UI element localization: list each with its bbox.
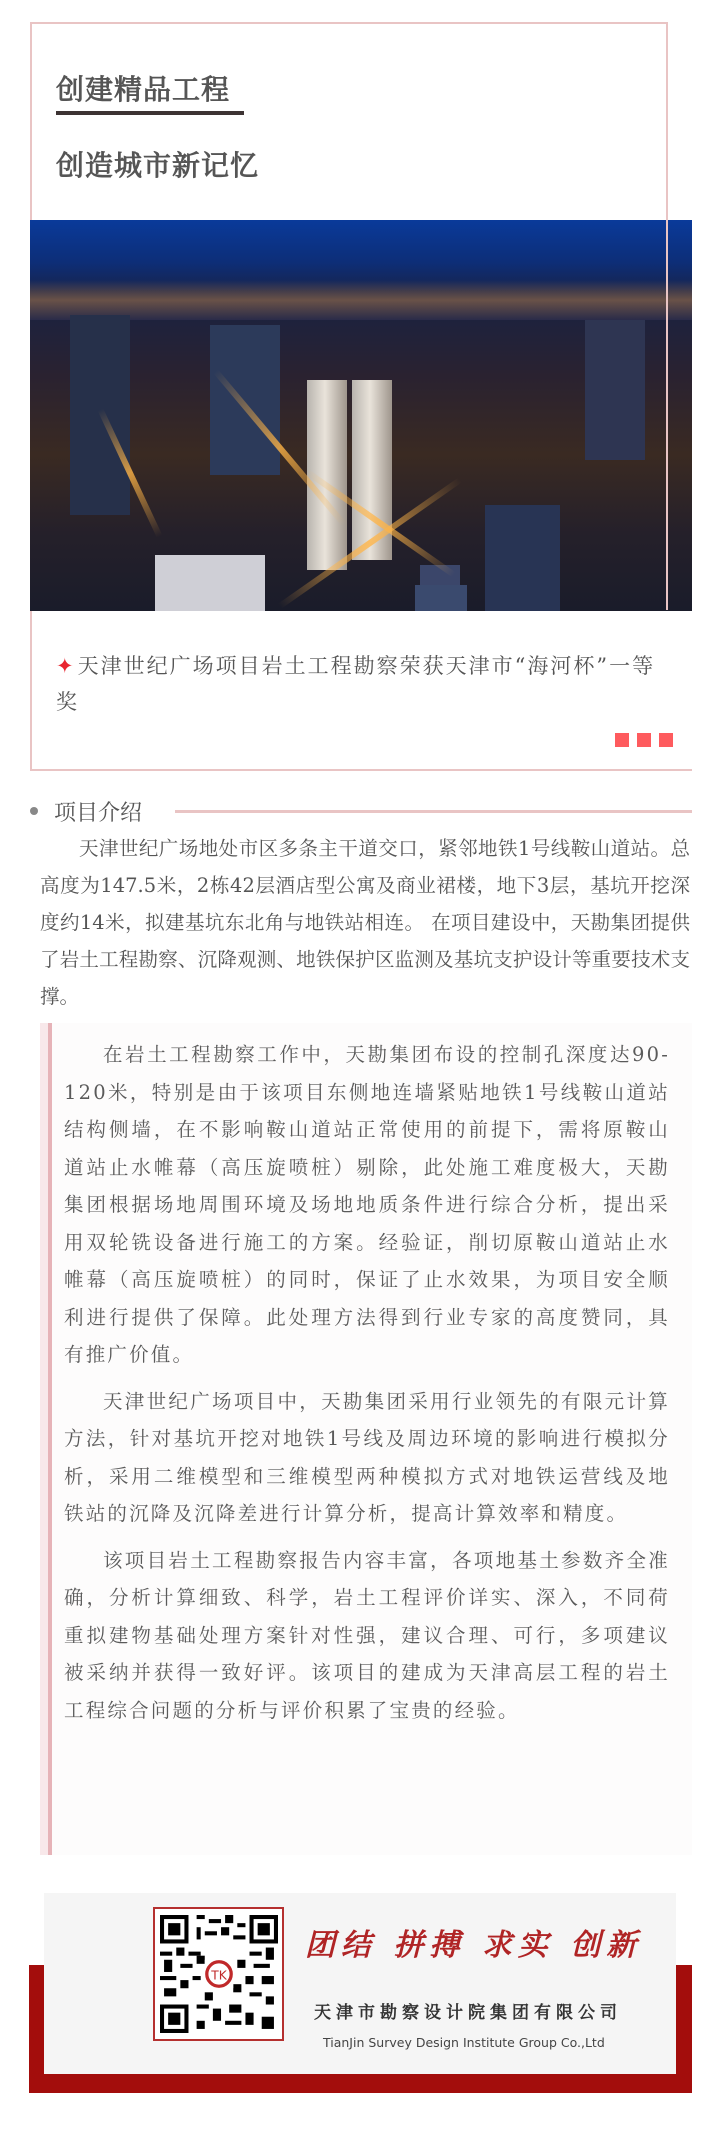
city-night-photo bbox=[30, 220, 692, 611]
photo-building bbox=[210, 325, 280, 475]
square-icon bbox=[637, 733, 651, 747]
company-name-cn: 天津市勘察设计院集团有限公司 bbox=[314, 1998, 622, 2023]
company-name-en: TianJin Survey Design Institute Group Co… bbox=[323, 2035, 605, 2050]
intro-paragraph: 天津世纪广场地处市区多条主干道交口，紧邻地铁1号线鞍山道站。总高度为147.5米… bbox=[40, 830, 690, 1015]
quote-text: 在岩土工程勘察工作中，天勘集团布设的控制孔深度达90-120米，特别是由于该项目… bbox=[64, 1036, 670, 1738]
photo-building bbox=[415, 585, 467, 611]
photo-building bbox=[585, 320, 645, 460]
photo-building bbox=[485, 505, 560, 611]
award-caption: ✦天津世纪广场项目岩土工程勘察荣获天津市“海河杯”一等奖 bbox=[56, 648, 671, 720]
bullet-icon bbox=[30, 807, 38, 815]
section-divider bbox=[175, 810, 692, 813]
page-subtitle: 创造城市新记忆 bbox=[56, 144, 259, 184]
photo-city-glow bbox=[30, 280, 692, 320]
square-icon bbox=[659, 733, 673, 747]
title-underline bbox=[56, 111, 244, 115]
section-title: 项目介绍 bbox=[54, 796, 142, 827]
header-frame bbox=[30, 22, 668, 220]
slogan: 团结 拼搏 求实 创新 bbox=[305, 1920, 642, 1964]
decor-squares bbox=[615, 733, 673, 747]
qr-code-icon[interactable]: TK bbox=[160, 1914, 278, 2034]
quote-paragraph: 在岩土工程勘察工作中，天勘集团布设的控制孔深度达90-120米，特别是由于该项目… bbox=[64, 1036, 670, 1374]
quote-bar-shadow bbox=[40, 1023, 48, 1855]
frame-right-line bbox=[666, 220, 668, 610]
photo-building bbox=[155, 555, 265, 611]
svg-text:TK: TK bbox=[210, 1968, 227, 1982]
quote-bar bbox=[48, 1023, 52, 1855]
quote-paragraph: 天津世纪广场项目中，天勘集团采用行业领先的有限元计算方法，针对基坑开挖对地铁1号… bbox=[64, 1383, 670, 1533]
square-icon bbox=[615, 733, 629, 747]
intro-text: 天津世纪广场地处市区多条主干道交口，紧邻地铁1号线鞍山道站。总高度为147.5米… bbox=[40, 830, 690, 1015]
caption-divider bbox=[30, 769, 692, 771]
award-caption-text: 天津世纪广场项目岩土工程勘察荣获天津市“海河杯”一等奖 bbox=[56, 654, 655, 714]
page-title: 创建精品工程 bbox=[56, 68, 230, 108]
quote-paragraph: 该项目岩土工程勘察报告内容丰富，各项地基土参数齐全准确，分析计算细致、科学，岩土… bbox=[64, 1542, 670, 1730]
star-icon: ✦ bbox=[56, 654, 76, 678]
